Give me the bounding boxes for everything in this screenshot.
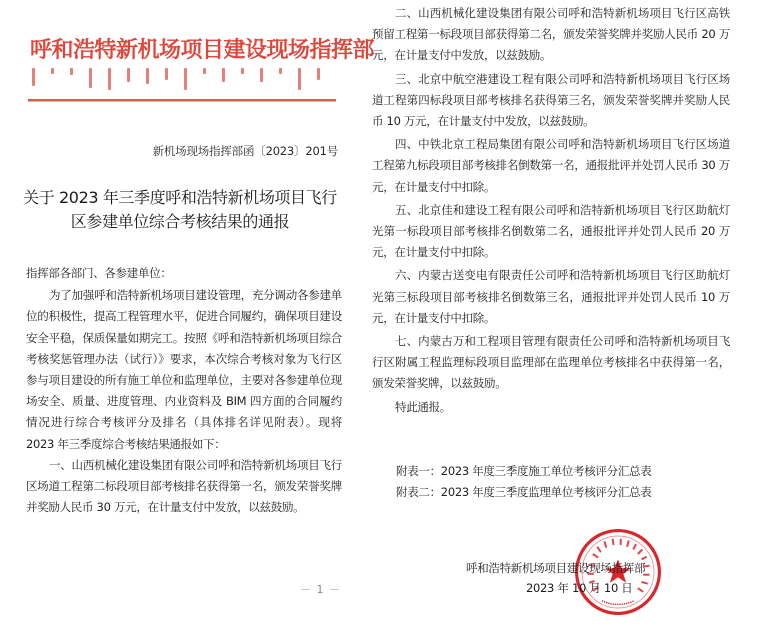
item-7: 七、内蒙古万和工程项目管理有限责任公司呼和浩特新机场项目飞行区附属工程监理标段项… — [372, 331, 730, 395]
document-body-right: 二、山西机械化建设集团有限公司呼和浩特新机场项目飞行区高铁预留工程第一标段项目部… — [372, 3, 730, 420]
intro-paragraph: 为了加强呼和浩特新机场项目建设管理，充分调动各参建单位的积极性，提高工程管理水平… — [26, 285, 342, 455]
signature-organization: 呼和浩特新机场项目建设现场指挥部 — [466, 558, 645, 578]
document-body-left: 指挥部各部门、各参建单位： 为了加强呼和浩特新机场项目建设管理，充分调动各参建单… — [26, 263, 342, 518]
document-title-line-1: 关于 2023 年三季度呼和浩特新机场项目飞行 — [20, 186, 340, 210]
document-title-line-2: 区参建单位综合考核结果的通报 — [20, 210, 340, 234]
item-1: 一、山西机械化建设集团有限公司呼和浩特新机场项目飞行区场道工程第二标段项目部考核… — [26, 455, 342, 519]
item-4: 四、中铁北京工程局集团有限公司呼和浩特新机场项目飞行区场道工程第九标段项目部考核… — [372, 134, 730, 198]
page-2: 二、山西机械化建设集团有限公司呼和浩特新机场项目飞行区高铁预留工程第一标段项目部… — [370, 0, 757, 638]
letterhead-title: 呼和浩特新机场项目建设现场指挥部 — [30, 33, 340, 64]
item-3: 三、北京中航空港建设工程有限公司呼和浩特新机场项目飞行区场道工程第四标段项目部考… — [372, 69, 730, 133]
item-6: 六、内蒙古送变电有限责任公司呼和浩特新机场项目飞行区助航灯光第三标段项目部考核排… — [372, 265, 730, 329]
attachment-2: 附表二：2023 年度三季度监理单位考核评分汇总表 — [396, 482, 651, 503]
mongolian-script-line — [32, 68, 320, 92]
attachments-list: 附表一：2023 年度三季度施工单位考核评分汇总表 附表二：2023 年度三季度… — [396, 461, 651, 503]
page-number: － 1 － — [300, 581, 341, 597]
page-1: 呼和浩特新机场项目建设现场指挥部 新机场现场指挥部函〔2023〕201号 关于 … — [0, 0, 360, 638]
document-number: 新机场现场指挥部函〔2023〕201号 — [153, 143, 338, 159]
signature-date: 2023 年 10 月 10 日 — [466, 578, 645, 598]
closing-line: 特此通报。 — [372, 397, 730, 418]
salutation: 指挥部各部门、各参建单位： — [26, 263, 342, 284]
item-5: 五、北京佳和建设工程有限公司呼和浩特新机场项目飞行区助航灯光第一标段项目部考核排… — [372, 200, 730, 264]
attachment-1: 附表一：2023 年度三季度施工单位考核评分汇总表 — [396, 461, 651, 482]
signature-block: 呼和浩特新机场项目建设现场指挥部 2023 年 10 月 10 日 — [466, 558, 645, 598]
letterhead-divider — [28, 99, 336, 101]
item-2: 二、山西机械化建设集团有限公司呼和浩特新机场项目飞行区高铁预留工程第一标段项目部… — [372, 3, 730, 67]
document-title: 关于 2023 年三季度呼和浩特新机场项目飞行 区参建单位综合考核结果的通报 — [20, 186, 340, 234]
